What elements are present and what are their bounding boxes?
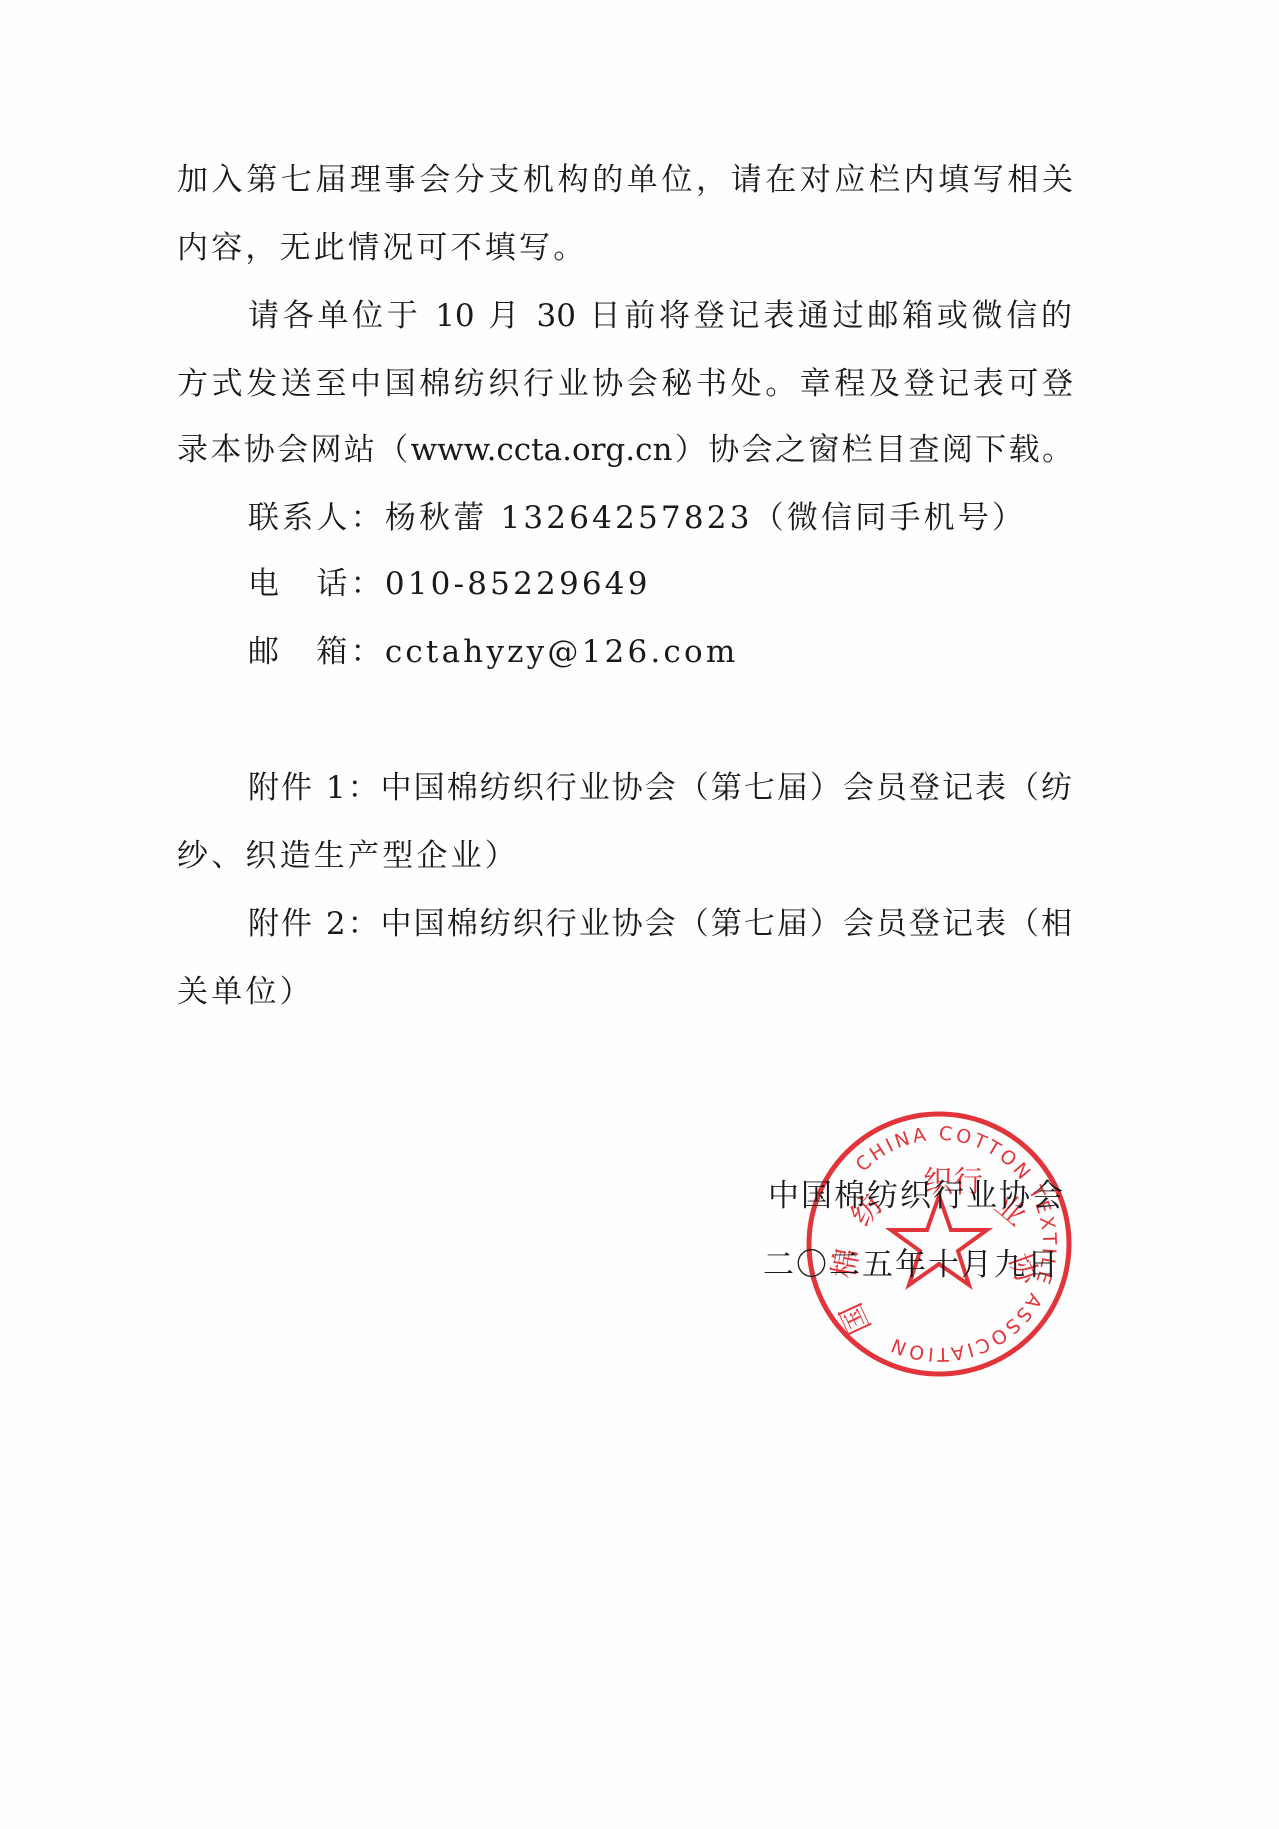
svg-text:CHINA COTTON TEXTILE ASSOCIATI: CHINA COTTON TEXTILE ASSOCIATION xyxy=(852,1123,1061,1365)
signature-date: 二〇二五年十月九日 xyxy=(763,1245,1060,1285)
signature-organization: 中国棉纺织行业协会 xyxy=(768,1176,1065,1216)
contact-phone: 电 话：010-85229649 xyxy=(248,564,651,604)
attachment-1-line-1: 附件 1：中国棉纺织行业协会（第七届）会员登记表（纺 xyxy=(248,768,1072,808)
contact-email-label: 邮 箱： xyxy=(248,634,385,670)
attachment-1-line-2: 纱、织造生产型企业） xyxy=(177,836,519,876)
contact-phone-value: 010-85229649 xyxy=(385,566,651,602)
paragraph-line: 加入第七届理事会分支机构的单位，请在对应栏内填写相关 xyxy=(177,160,1073,200)
paragraph-line: 内容，无此情况可不填写。 xyxy=(177,228,587,268)
paragraph-line: 请各单位于 10 月 30 日前将登记表通过邮箱或微信的 xyxy=(248,296,1072,336)
paragraph-line: 录本协会网站（www.ccta.org.cn）协会之窗栏目查阅下载。 xyxy=(177,430,1073,470)
contact-person-value: 杨秋蕾 13264257823（微信同手机号） xyxy=(385,500,1026,536)
attachment-2-line-1: 附件 2：中国棉纺织行业协会（第七届）会员登记表（相 xyxy=(248,904,1072,944)
contact-email-value: cctahyzy@126.com xyxy=(385,634,739,670)
contact-person-label: 联系人： xyxy=(248,500,385,536)
contact-person: 联系人：杨秋蕾 13264257823（微信同手机号） xyxy=(248,498,1026,538)
contact-phone-label: 电 话： xyxy=(248,566,385,602)
document-page: 加入第七届理事会分支机构的单位，请在对应栏内填写相关 内容，无此情况可不填写。 … xyxy=(0,0,1279,1829)
svg-text:国: 国 xyxy=(834,1297,878,1339)
paragraph-line: 方式发送至中国棉纺织行业协会秘书处。章程及登记表可登 xyxy=(177,364,1073,404)
attachment-2-line-2: 关单位） xyxy=(177,972,314,1012)
contact-email: 邮 箱：cctahyzy@126.com xyxy=(248,632,738,672)
official-seal-icon: CHINA COTTON TEXTILE ASSOCIATION 纺 棉 国 织… xyxy=(803,1108,1075,1380)
